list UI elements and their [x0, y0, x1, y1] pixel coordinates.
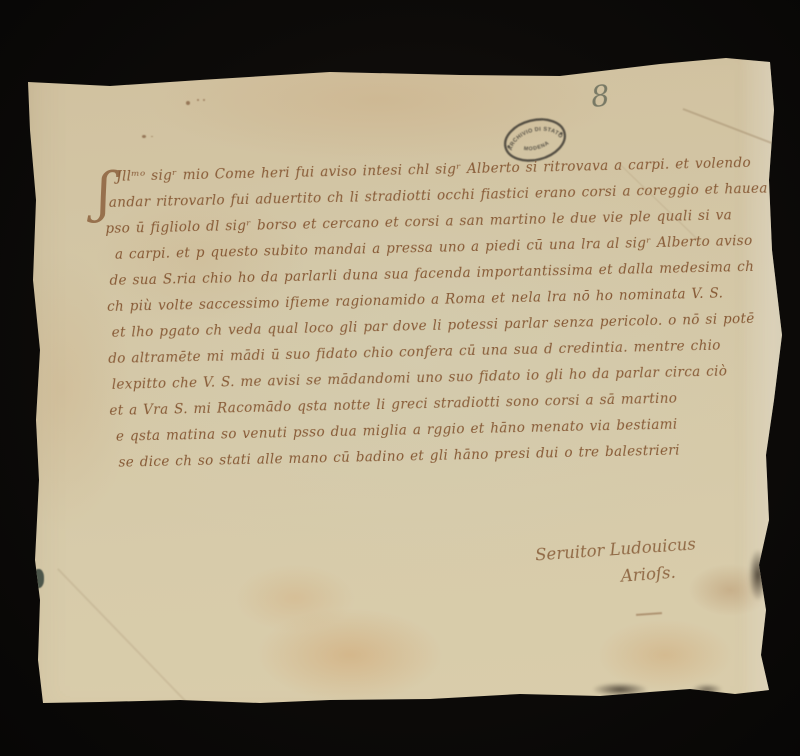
- svg-text:MODENA: MODENA: [522, 140, 551, 155]
- folio-number: 8: [589, 78, 611, 114]
- photo-background: ARCHIVIO DI STATO MODENA 8 ʃ Jllᵐᵒ sigʳ …: [0, 0, 800, 756]
- stamp-bottom-text: MODENA: [522, 140, 551, 155]
- manuscript-page: ARCHIVIO DI STATO MODENA 8 ʃ Jllᵐᵒ sigʳ …: [0, 0, 800, 756]
- signature-dash: [636, 612, 662, 616]
- signature-line: Arioſs.: [620, 557, 699, 589]
- dark-stain-right-edge: [749, 550, 767, 600]
- paper-crease: [57, 568, 187, 702]
- ink-speck: [186, 101, 190, 105]
- ink-speck: [142, 135, 146, 138]
- dark-smudge-bottom-edge: [692, 684, 722, 695]
- dark-smudge-bottom-edge: [593, 683, 647, 696]
- blue-edge-mark: [33, 569, 44, 588]
- letter-text: Jllᵐᵒ sigʳ mio Come heri fui aviso intes…: [104, 150, 755, 476]
- signature-block: Seruitor Ludouicus Arioſs.: [534, 530, 698, 595]
